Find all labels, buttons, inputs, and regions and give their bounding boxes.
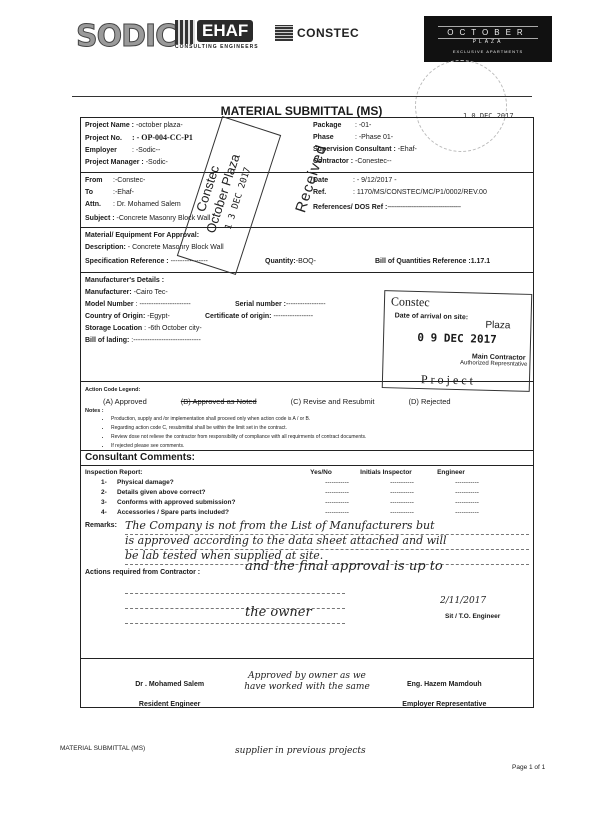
storage-value: : -6th October city- (144, 325, 202, 332)
note-item: Production, supply and /or implementatio… (111, 415, 529, 424)
yes-no-field[interactable]: ----------- (311, 478, 363, 488)
model-value: : ---------------------- (136, 301, 191, 308)
country-value: -Egypt- (147, 313, 170, 320)
engineer-field[interactable]: ----------- (441, 508, 493, 518)
package-label: Package (313, 120, 353, 132)
to-value: :-Ehaf- (113, 189, 134, 196)
project-manager: -Sodic- (146, 159, 168, 166)
signature-date: 2/11/2017 (440, 595, 486, 607)
actions-line (125, 609, 345, 624)
contractor: -Conestec-- (355, 158, 392, 165)
ehaf-wordmark: EHAF (197, 20, 253, 42)
action-code-b-selected[interactable]: (B) Approved as Noted (181, 396, 257, 408)
actions-line (125, 594, 345, 609)
resident-engineer-signature: Dr . Mohamed Salem Resident Engineer (101, 665, 238, 711)
site-arrival-stamp: Constec Date of arrival on site: Plaza 0… (382, 290, 533, 392)
yes-no-field[interactable]: ----------- (311, 498, 363, 508)
ref-value: : 1170/MS/CONSTEC/MC/P1/0002/REV.00 (353, 189, 487, 196)
notes-label: Notes : (85, 408, 529, 415)
plaza-text: PLAZA (424, 39, 552, 45)
note-item: Regarding action code C, resubmittal sha… (111, 424, 529, 433)
serial-label: Serial number : (235, 301, 286, 308)
manufacturer-label: Manufacturer: (85, 289, 132, 296)
constec-logo: CONSTEC (275, 25, 359, 41)
employer-rep-name: Eng. Hazem Mamdouh (376, 679, 513, 691)
signature-scribble (376, 665, 513, 679)
manufacturer-heading: Manufacturer's Details : (85, 275, 529, 287)
col-engineer: Engineer (425, 468, 477, 478)
building-icon (275, 25, 293, 41)
note-item: If rejected please see comments. (111, 442, 529, 451)
inspection-header: Inspection Report: Yes/No Initials Inspe… (85, 468, 529, 478)
employer: : -Sodic-- (132, 147, 160, 154)
owner-approval-note: Approved by owner as we have worked with… (238, 665, 375, 711)
header-divider (72, 96, 532, 97)
signature-section: Dr . Mohamed Salem Resident Engineer App… (81, 659, 533, 707)
ehaf-subtitle: CONSULTING ENGINEERS (175, 44, 259, 50)
actions-handwritten-line: the owner (245, 607, 312, 619)
quantity-value: -BOQ- (296, 258, 316, 265)
notes-list: Production, supply and /or implementatio… (85, 415, 529, 451)
question-number: 3- (101, 498, 117, 508)
inspection-label: Inspection Report: (85, 468, 295, 478)
lading-label: Bill of lading: (85, 337, 129, 344)
inspection-row: 2-Details given above correct? ---------… (85, 488, 529, 498)
package: : -01- (355, 122, 371, 129)
attn-label: Attn. (85, 199, 113, 211)
supervision-consultant: -Ehaf- (398, 146, 417, 153)
project-no-label: Project No. (85, 133, 130, 145)
consultant-heading-row: Consultant Comments: (81, 451, 533, 466)
constec-wordmark: CONSTEC (297, 26, 359, 40)
note-item: Review dose not relieve the contractor f… (111, 433, 529, 442)
resident-engineer-title: Resident Engineer (101, 699, 238, 711)
phase-label: Phase (313, 132, 353, 144)
subject-label: Subject : (85, 215, 115, 222)
description-label: Description: (85, 244, 126, 251)
remarks-handwritten-line: is approved according to the data sheet … (125, 535, 529, 550)
inspector-field[interactable]: ----------- (363, 488, 441, 498)
inspector-field[interactable]: ----------- (363, 508, 441, 518)
inspector-field[interactable]: ----------- (363, 478, 441, 488)
action-code-list: (A) Approved (B) Approved as Noted (C) R… (85, 396, 529, 408)
ref-label: Ref. (313, 187, 353, 199)
question-number: 2- (101, 488, 117, 498)
october-plaza-logo: OCTOBER PLAZA EXCLUSIVE APARTMENTS (424, 16, 552, 62)
engineer-field[interactable]: ----------- (441, 498, 493, 508)
question-number: 1- (101, 478, 117, 488)
certificate-label: Certificate of origin: (205, 313, 272, 320)
quantity-label: Quantity: (265, 258, 296, 265)
ehaf-emblem-icon (175, 20, 195, 44)
lading-value: :----------------------------- (131, 337, 201, 344)
employer-rep-signature: Eng. Hazem Mamdouh Employer Representati… (376, 665, 513, 711)
spec-label: Specification Reference : (85, 258, 169, 265)
references-value: ---------------------------------------- (387, 204, 460, 211)
employer-rep-title: Employer Representative (376, 699, 513, 711)
project-no: : - OP-004-CC-P1 (132, 133, 193, 142)
signature-scribble (101, 665, 238, 679)
october-text: OCTOBER (438, 26, 538, 39)
col-initials-inspector: Initials Inspector (347, 468, 425, 478)
certificate-value: ----------------- (273, 313, 313, 320)
boq-value: 1.17.1 (471, 258, 490, 265)
from-label: From (85, 175, 113, 187)
remarks-handwritten-line: The Company is not from the List of Manu… (125, 520, 529, 535)
phase: : -Phase 01- (355, 134, 393, 141)
site-stamp-project: Project (421, 372, 476, 388)
yes-no-field[interactable]: ----------- (311, 488, 363, 498)
actions-handwritten-line: and the final approval is up to (245, 561, 443, 573)
inspector-field[interactable]: ----------- (363, 498, 441, 508)
engineer-field[interactable]: ----------- (441, 488, 493, 498)
question-number: 4- (101, 508, 117, 518)
resident-engineer-name: Dr . Mohamed Salem (101, 679, 238, 691)
storage-label: Storage Location (85, 325, 142, 332)
remarks-label: Remarks: (85, 520, 117, 532)
project-name: -october plaza- (136, 122, 183, 129)
references-label: References/ DOS Ref : (313, 204, 387, 211)
arrival-date: 0 9 DEC 2017 (384, 330, 530, 347)
material-heading: Material/ Equipment For Approval: (85, 230, 529, 242)
actions-area[interactable]: Actions required from Contractor : and t… (85, 567, 529, 624)
question-text: Physical damage? (117, 479, 174, 486)
inspection-row: 1-Physical damage? ----------- ---------… (85, 478, 529, 488)
consultant-heading: Consultant Comments: (85, 452, 529, 464)
attn-value: : Dr. Mohamed Salem (113, 201, 181, 208)
page-number: Page 1 of 1 (512, 764, 545, 771)
exclusive-text: EXCLUSIVE APARTMENTS (424, 49, 552, 54)
action-code-a[interactable]: (A) Approved (103, 396, 147, 408)
employer-label: Employer (85, 145, 130, 157)
site-engineer-label: Sit / T.O. Engineer (445, 611, 500, 623)
owner-approval-note-line3: supplier in previous projects (235, 746, 366, 756)
project-name-label: Project Name : (85, 122, 134, 129)
question-text: Accessories / Spare parts included? (117, 509, 229, 516)
boq-label: Bill of Quantities Reference : (375, 258, 471, 265)
to-label: To (85, 187, 113, 199)
country-label: Country of Origin: (85, 313, 145, 320)
inspection-row: 4-Accessories / Spare parts included? --… (85, 508, 529, 518)
from-value: :-Constec- (113, 177, 145, 184)
manufacturer-value: -Cairo Tec- (134, 289, 168, 296)
model-label: Model Number (85, 301, 134, 308)
note-line: have worked with the same (238, 682, 375, 693)
consultant-section: Inspection Report: Yes/No Initials Inspe… (81, 466, 533, 659)
footer-doc-title: MATERIAL SUBMITTAL (MS) (60, 745, 145, 752)
serial-value: ----------------- (286, 301, 326, 308)
note-line: Approved by owner as we (238, 671, 375, 682)
action-code-c[interactable]: (C) Revise and Resubmit (291, 396, 375, 408)
actions-line (125, 579, 345, 594)
engineer-field[interactable]: ----------- (441, 478, 493, 488)
ehaf-logo: EHAF CONSULTING ENGINEERS (175, 20, 259, 50)
question-text: Details given above correct? (117, 489, 206, 496)
material-section: Material/ Equipment For Approval: Descri… (81, 228, 533, 273)
sodic-logo: SODIC (76, 18, 156, 56)
inspection-row: 3-Conforms with approved submission? ---… (85, 498, 529, 508)
date-value: : - 9/12/2017 - (353, 177, 397, 184)
yes-no-field[interactable]: ----------- (311, 508, 363, 518)
action-code-d[interactable]: (D) Rejected (408, 396, 450, 408)
question-text: Conforms with approved submission? (117, 499, 235, 506)
col-yes-no: Yes/No (295, 468, 347, 478)
action-code-section: Action Code Legend: (A) Approved (B) App… (81, 382, 533, 451)
pm-label: Project Manager : (85, 159, 144, 166)
